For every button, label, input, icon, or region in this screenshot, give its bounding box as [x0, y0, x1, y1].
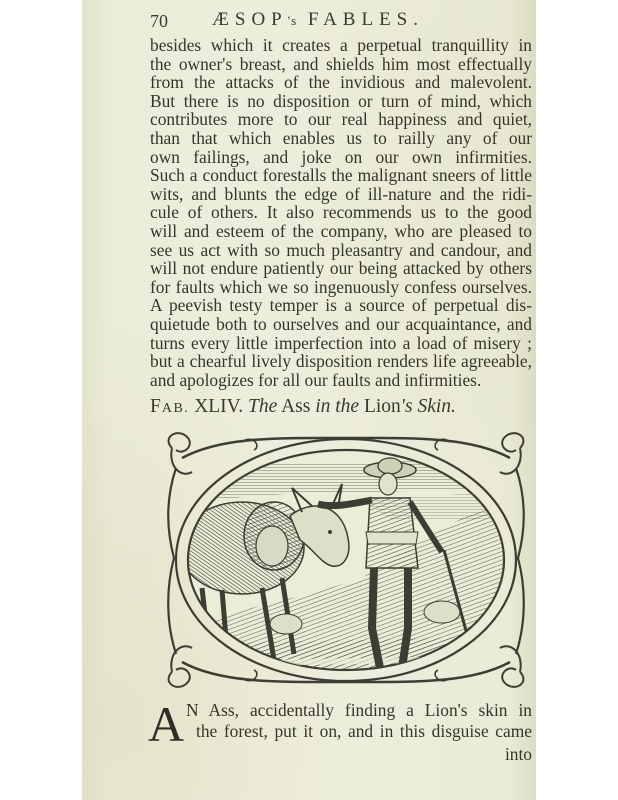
body-paragraph: besides which it creates a perpetual tra…: [150, 36, 532, 389]
drop-cap: A: [148, 702, 184, 746]
text-line: from the attacks of the invidious and ma…: [150, 73, 532, 92]
fable-heading: FAB. XLIV. The Ass in the Lion's Skin.: [150, 396, 532, 418]
text-line: for faults which we so ingenuously confe…: [150, 278, 532, 297]
text-line: A peevish testy temper is a source of pe…: [150, 296, 532, 315]
text-line: will not endure patiently our being atta…: [150, 259, 532, 278]
head-title-rest: FABLES.: [308, 9, 424, 30]
running-head-title: ÆSOP's FABLES.: [212, 9, 424, 31]
text-line: and apologizes for all our faults and in…: [150, 371, 532, 390]
text-line: contributes more to our real happiness a…: [150, 110, 532, 129]
text-line: besides which it creates a perpetual tra…: [150, 36, 532, 55]
title-ass: Ass: [281, 396, 310, 417]
ass-in-lion-skin-engraving-icon: [162, 428, 530, 692]
text-line: wits, and blunts the edge of ill-nature …: [150, 185, 532, 204]
text-line: cule of others. It also recommends us to…: [150, 203, 532, 222]
text-line: but a chearful lively disposition render…: [150, 352, 532, 371]
fable-number: XLIV.: [194, 396, 243, 417]
title-in-the: in the: [315, 396, 359, 417]
text-line: own failings, and joke on our own infirm…: [150, 148, 532, 167]
text-line: the forest, put it on, and in this disgu…: [196, 721, 532, 742]
text-line: will and esteem of the company, who are …: [150, 222, 532, 241]
text-line: the owner's breast, and shields him most…: [150, 55, 532, 74]
title-skin: Skin.: [417, 396, 455, 417]
text-line: quietude both to ourselves and our acqua…: [150, 315, 532, 334]
title-lion: Lion: [364, 396, 401, 417]
head-title-main: ÆSOP: [212, 9, 288, 30]
head-title-possessive: 's: [288, 13, 297, 28]
woodcut-illustration: [162, 428, 530, 692]
fab-small-caps: AB.: [162, 401, 189, 416]
catchword: into: [505, 744, 532, 765]
running-head: 70 ÆSOP's FABLES.: [150, 9, 532, 33]
fab-initial: F: [150, 396, 162, 417]
text-line: turns every little imperfection into a l…: [150, 334, 532, 353]
text-line: N Ass, accidentally finding a Lion's ski…: [186, 700, 532, 721]
text-line: Such a conduct forestalls the malignant …: [150, 166, 532, 185]
title-the: The: [248, 396, 277, 417]
text-line: But there is no disposition or turn of m…: [150, 92, 532, 111]
title-apostrophe-s: 's: [401, 396, 413, 417]
page-number: 70: [150, 11, 168, 32]
text-line: than that which enables us to railly any…: [150, 129, 532, 148]
text-line: see us act with so much pleasantry and c…: [150, 241, 532, 260]
